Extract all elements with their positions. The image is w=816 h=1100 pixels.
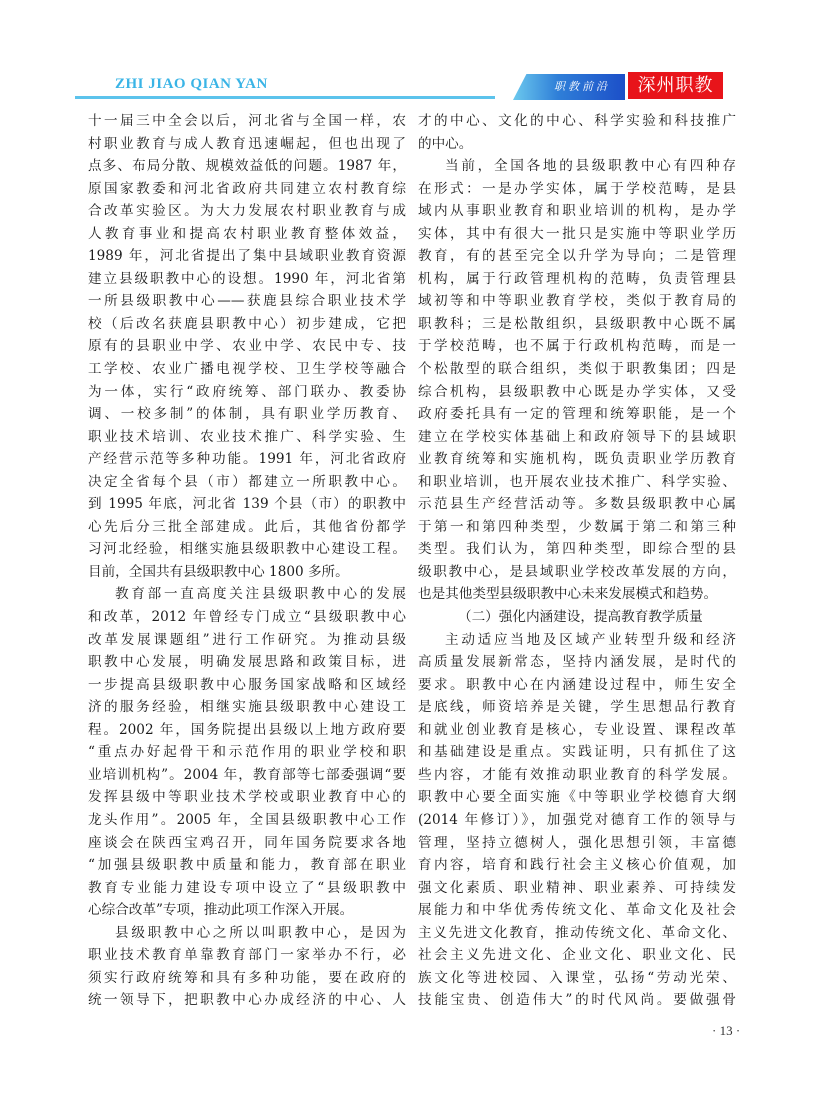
paragraph: 当前，全国各地的县级职教中心有四种存在形式：一是办学实体，属于学校范畴，是县域内… bbox=[418, 155, 736, 606]
text-line: 职业技术教育单靠教育部门一家举办不行，必 bbox=[88, 944, 406, 967]
text-line: 十一届三中全会以后，河北省与全国一样，农 bbox=[88, 110, 406, 133]
text-line: 一步提高县级职教中心服务国家战略和区域经 bbox=[88, 674, 406, 697]
text-line: 须实行政府统筹和具有多种功能，要在政府的 bbox=[88, 967, 406, 990]
text-line: 机构，属于行政管理机构的范畴，负责管理县 bbox=[418, 268, 736, 291]
text-line: 目前，全国共有县级职教中心 1800 多所。 bbox=[88, 561, 406, 584]
paragraph: 才的中心、文化的中心、科学实验和科技推广的中心。 bbox=[418, 110, 736, 155]
text-line: 高质量发展新常态，坚持内涵发展，是时代的 bbox=[418, 651, 736, 674]
text-line: 社会主义先进文化、企业文化、职业文化、民 bbox=[418, 944, 736, 967]
text-line: 主义先进文化教育，推动传统文化、革命文化、 bbox=[418, 922, 736, 945]
text-line: 展能力和中华优秀传统文化、革命文化及社会 bbox=[418, 899, 736, 922]
text-line: 政府委托具有一定的管理和统筹职能，是一个 bbox=[418, 403, 736, 426]
page-number: · 13 · bbox=[712, 1023, 740, 1039]
text-line: 管理，坚持立德树人，强化思想引领，丰富德 bbox=[418, 832, 736, 855]
text-line: 村职业教育与成人教育迅速崛起，但也出现了 bbox=[88, 133, 406, 156]
text-line: 职教中心发展，明确发展思路和政策目标，进 bbox=[88, 651, 406, 674]
text-line: 才的中心、文化的中心、科学实验和科技推广 bbox=[418, 110, 736, 133]
text-line: 域内从事职业教育和职业培训的机构，是办学 bbox=[418, 200, 736, 223]
text-line: 习河北经验，相继实施县级职教中心建设工程。 bbox=[88, 538, 406, 561]
text-line: (2014 年修订）》，加强党对德育工作的领导与 bbox=[418, 809, 736, 832]
text-line: 座谈会在陕西宝鸡召开，同年国务院要求各地 bbox=[88, 832, 406, 855]
text-line: 在形式：一是办学实体，属于学校范畴，是县 bbox=[418, 178, 736, 201]
text-line: 济的服务经验，相继实施县级职教中心建设工 bbox=[88, 696, 406, 719]
text-line: 一所县级职教中心——获鹿县综合职业技术学 bbox=[88, 290, 406, 313]
text-line: 心综合改革”专项，推动此项工作深入开展。 bbox=[88, 899, 406, 922]
text-line: 的中心。 bbox=[418, 133, 736, 156]
page-header: ZHI JIAO QIAN YAN 职教前沿 深州职教 bbox=[0, 0, 816, 110]
text-line: 业培训机构”。2004 年，教育部等七部委强调“要 bbox=[88, 764, 406, 787]
text-line: （二）强化内涵建设，提高教育教学质量 bbox=[418, 606, 736, 629]
text-line: 调、一校多制”的体制，具有职业学历教育、 bbox=[88, 403, 406, 426]
text-line: 点多、布局分散、规模效益低的问题。1987 年， bbox=[88, 155, 406, 178]
text-line: 发挥县级中等职业技术学校或职业教育中心的 bbox=[88, 786, 406, 809]
publication-name: 深州职教 bbox=[628, 73, 723, 99]
text-line: 业教育统筹和实施机构，既负责职业学历教育 bbox=[418, 448, 736, 471]
text-line: 域初等和中等职业教育学校，类似于教育局的 bbox=[418, 290, 736, 313]
text-line: 心先后分三批全部建成。此后，其他省份都学 bbox=[88, 516, 406, 539]
section-subheading: （二）强化内涵建设，提高教育教学质量 bbox=[418, 606, 736, 629]
text-line: 育内容，培育和践行社会主义核心价值观，加 bbox=[418, 854, 736, 877]
text-line: 也是其他类型县级职教中心未来发展模式和趋势。 bbox=[418, 583, 736, 606]
right-column: 才的中心、文化的中心、科学实验和科技推广的中心。当前，全国各地的县级职教中心有四… bbox=[418, 110, 736, 1012]
text-line: 于第一和第四种类型，少数属于第二和第三种 bbox=[418, 516, 736, 539]
text-line: 级职教中心，是县域职业学校改革发展的方向， bbox=[418, 561, 736, 584]
paragraph: 教育部一直高度关注县级职教中心的发展和改革，2012 年曾经专门成立“县级职教中… bbox=[88, 583, 406, 921]
text-line: 教育部一直高度关注县级职教中心的发展 bbox=[88, 583, 406, 606]
text-line: 个松散型的联合组织，类似于职教集团；四是 bbox=[418, 358, 736, 381]
text-line: 综合机构，县级职教中心既是办学实体，又受 bbox=[418, 381, 736, 404]
text-line: 统一领导下，把职教中心办成经济的中心、人 bbox=[88, 989, 406, 1012]
text-line: 1989 年，河北省提出了集中县域职业教育资源 bbox=[88, 245, 406, 268]
text-line: 示范县生产经营活动等。多数县级职教中心属 bbox=[418, 493, 736, 516]
text-line: 人教育事业和提高农村职业教育整体效益， bbox=[88, 223, 406, 246]
text-line: 职教科；三是松散组织，县级职教中心既不属 bbox=[418, 313, 736, 336]
text-line: 决定全省每个县（市）都建立一所职教中心。 bbox=[88, 471, 406, 494]
text-line: 龙头作用”。2005 年，全国县级职教中心工作 bbox=[88, 809, 406, 832]
text-line: 当前，全国各地的县级职教中心有四种存 bbox=[418, 155, 736, 178]
header-latin-title: ZHI JIAO QIAN YAN bbox=[115, 76, 268, 93]
text-line: 工学校、农业广播电视学校、卫生学校等融合 bbox=[88, 358, 406, 381]
text-line: 族文化等进校园、入课堂，弘扬“劳动光荣、 bbox=[418, 967, 736, 990]
header-rule-extension bbox=[330, 96, 495, 99]
text-line: 校（后改名获鹿县职教中心）初步建成，它把 bbox=[88, 313, 406, 336]
text-line: 技能宝贵、创造伟大”的时代风尚。要做强骨 bbox=[418, 989, 736, 1012]
column-name: 职教前沿 bbox=[542, 78, 622, 94]
text-line: 强文化素质、职业精神、职业素养、可持续发 bbox=[418, 877, 736, 900]
text-line: 实体，其中有很大一批只是实施中等职业学历 bbox=[418, 223, 736, 246]
text-line: 和改革，2012 年曾经专门成立“县级职教中心 bbox=[88, 606, 406, 629]
paragraph: 县级职教中心之所以叫职教中心，是因为职业技术教育单靠教育部门一家举办不行，必须实… bbox=[88, 922, 406, 1012]
text-line: 是底线，师资培养是关键，学生思想品行教育 bbox=[418, 696, 736, 719]
text-line: 和基础建设是重点。实践证明，只有抓住了这 bbox=[418, 741, 736, 764]
text-line: 教育，有的甚至完全以升学为导向；二是管理 bbox=[418, 245, 736, 268]
text-line: “重点办好起骨干和示范作用的职业学校和职 bbox=[88, 741, 406, 764]
text-line: 教育专业能力建设专项中设立了“县级职教中 bbox=[88, 877, 406, 900]
text-line: 原有的县职业中学、农业中学、农民中专、技 bbox=[88, 335, 406, 358]
text-line: “加强县级职教中质量和能力，教育部在职业 bbox=[88, 854, 406, 877]
text-line: 主动适应当地及区域产业转型升级和经济 bbox=[418, 629, 736, 652]
text-line: 些内容，才能有效推动职业教育的科学发展。 bbox=[418, 764, 736, 787]
text-line: 合改革实验区。为大力发展农村职业教育与成 bbox=[88, 200, 406, 223]
text-line: 于学校范畴，也不属于行政机构范畴，而是一 bbox=[418, 335, 736, 358]
text-line: 产经营示范等多种功能。1991 年，河北省政府 bbox=[88, 448, 406, 471]
text-line: 和职业培训，也开展农业技术推广、科学实验、 bbox=[418, 471, 736, 494]
text-line: 原国家教委和河北省政府共同建立农村教育综 bbox=[88, 178, 406, 201]
header-rule bbox=[75, 96, 330, 99]
text-line: 改革发展课题组”进行工作研究。为推动县级 bbox=[88, 629, 406, 652]
text-line: 要求。职教中心在内涵建设过程中，师生安全 bbox=[418, 674, 736, 697]
text-line: 到 1995 年底，河北省 139 个县（市）的职教中 bbox=[88, 493, 406, 516]
left-column: 十一届三中全会以后，河北省与全国一样，农村职业教育与成人教育迅速崛起，但也出现了… bbox=[88, 110, 406, 1012]
text-line: 建立县级职教中心的设想。1990 年，河北省第 bbox=[88, 268, 406, 291]
text-line: 类型。我们认为，第四种类型，即综合型的县 bbox=[418, 538, 736, 561]
text-line: 县级职教中心之所以叫职教中心，是因为 bbox=[88, 922, 406, 945]
text-line: 和就业创业教育是核心，专业设置、课程改革 bbox=[418, 719, 736, 742]
text-line: 为一体，实行“政府统筹、部门联办、教委协 bbox=[88, 381, 406, 404]
text-line: 职教中心要全面实施《中等职业学校德育大纲 bbox=[418, 786, 736, 809]
text-line: 建立在学校实体基础上和政府领导下的县域职 bbox=[418, 426, 736, 449]
text-line: 程。2002 年，国务院提出县级以上地方政府要 bbox=[88, 719, 406, 742]
paragraph: 十一届三中全会以后，河北省与全国一样，农村职业教育与成人教育迅速崛起，但也出现了… bbox=[88, 110, 406, 583]
paragraph: 主动适应当地及区域产业转型升级和经济高质量发展新常态，坚持内涵发展，是时代的要求… bbox=[418, 629, 736, 1012]
text-line: 职业技术培训、农业技术推广、科学实验、生 bbox=[88, 426, 406, 449]
